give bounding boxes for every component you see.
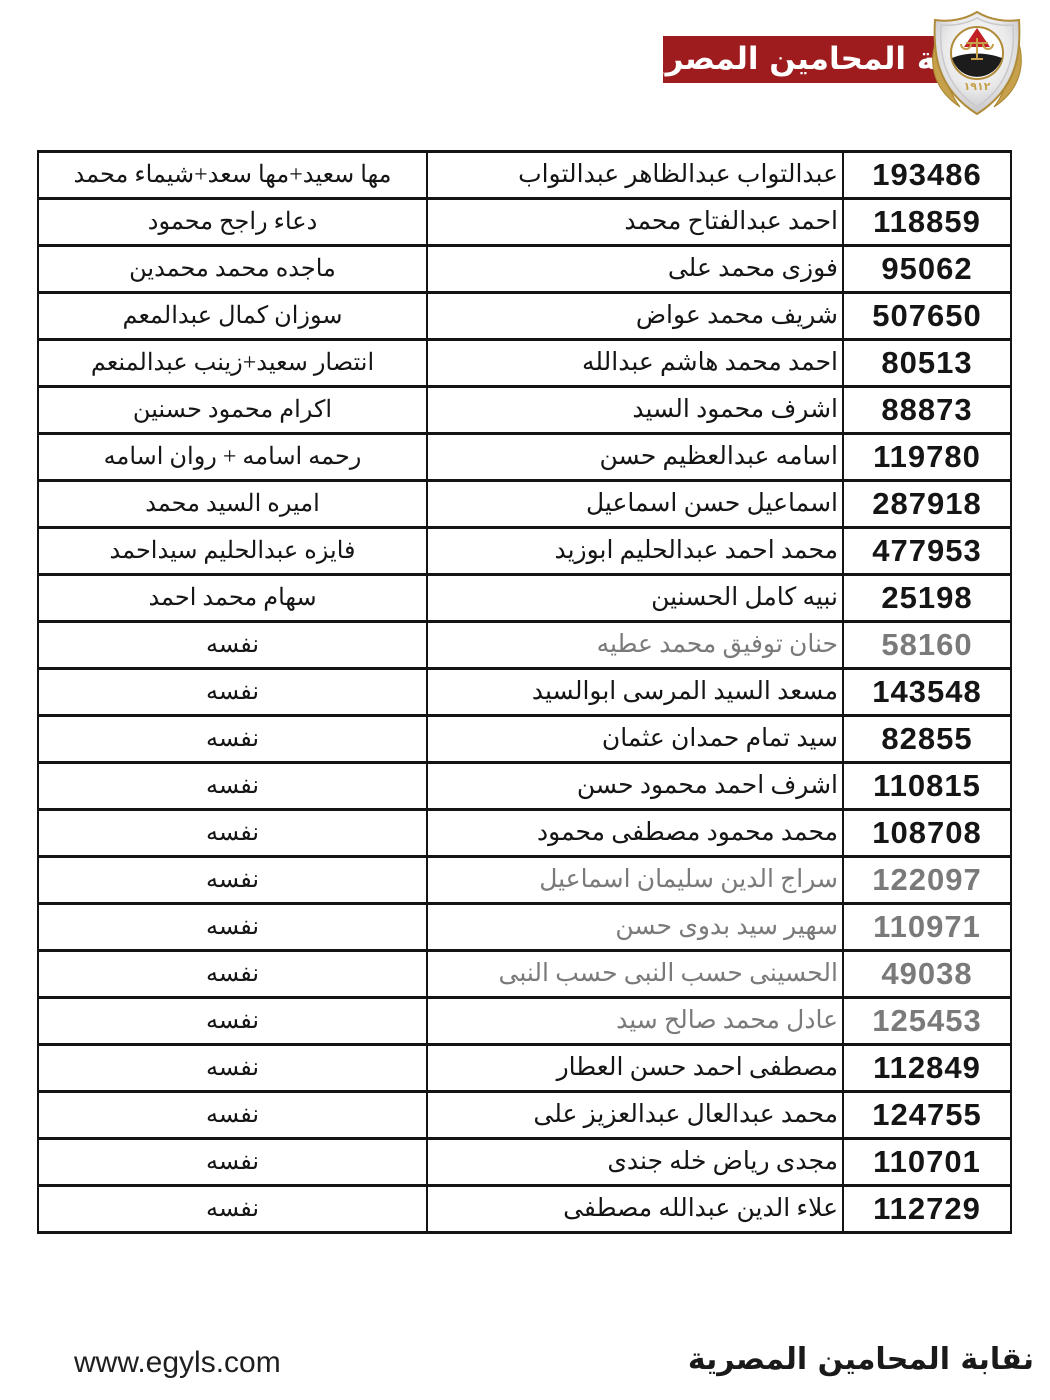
table-row: 110815اشرف احمد محمود حسننفسه <box>39 764 1010 811</box>
member-number-cell: 88873 <box>844 388 1010 432</box>
recipient-cell: نفسه <box>39 952 426 996</box>
member-name-cell: الحسينى حسب النبى حسب النبى <box>426 952 844 996</box>
member-name-cell: حنان توفيق محمد عطيه <box>426 623 844 667</box>
member-name-cell: محمد احمد عبدالحليم ابوزيد <box>426 529 844 573</box>
recipient-cell: فايزه عبدالحليم سيداحمد <box>39 529 426 573</box>
founding-year-label: ١٩١٢ <box>964 80 991 93</box>
table-row: 112849مصطفى احمد حسن العطارنفسه <box>39 1046 1010 1093</box>
recipient-cell: انتصار سعيد+زينب عبدالمنعم <box>39 341 426 385</box>
table-row: 95062فوزى محمد علىماجده محمد محمدين <box>39 247 1010 294</box>
table-row: 143548مسعد السيد المرسى ابوالسيدنفسه <box>39 670 1010 717</box>
table-row: 507650شريف محمد عواضسوزان كمال عبدالمعم <box>39 294 1010 341</box>
header-banner: نقابة المحامين المصرية <box>663 36 965 83</box>
member-number-cell: 112849 <box>844 1046 1010 1090</box>
recipient-cell: سهام محمد احمد <box>39 576 426 620</box>
table-row: 108708محمد محمود مصطفى محمودنفسه <box>39 811 1010 858</box>
table-row: 25198نبيه كامل الحسنينسهام محمد احمد <box>39 576 1010 623</box>
member-name-cell: احمد محمد هاشم عبدالله <box>426 341 844 385</box>
member-name-cell: سهير سيد بدوى حسن <box>426 905 844 949</box>
recipient-cell: نفسه <box>39 1140 426 1184</box>
member-number-cell: 119780 <box>844 435 1010 479</box>
recipient-cell: سوزان كمال عبدالمعم <box>39 294 426 338</box>
table-row: 119780اسامه عبدالعظيم حسنرحمه اسامه + رو… <box>39 435 1010 482</box>
member-number-cell: 507650 <box>844 294 1010 338</box>
table-row: 287918اسماعيل حسن اسماعيلاميره السيد محم… <box>39 482 1010 529</box>
recipient-cell: اميره السيد محمد <box>39 482 426 526</box>
members-table: 193486عبدالتواب عبدالظاهر عبدالتوابمها س… <box>37 150 1012 1234</box>
member-number-cell: 125453 <box>844 999 1010 1043</box>
recipient-cell: نفسه <box>39 999 426 1043</box>
table-row: 124755محمد عبدالعال عبدالعزيز علىنفسه <box>39 1093 1010 1140</box>
member-name-cell: مجدى رياض خله جندى <box>426 1140 844 1184</box>
recipient-cell: نفسه <box>39 670 426 714</box>
member-number-cell: 112729 <box>844 1187 1010 1231</box>
table-row: 110701مجدى رياض خله جندىنفسه <box>39 1140 1010 1187</box>
table-row: 477953محمد احمد عبدالحليم ابوزيدفايزه عب… <box>39 529 1010 576</box>
recipient-cell: دعاء راجح محمود <box>39 200 426 244</box>
member-number-cell: 49038 <box>844 952 1010 996</box>
recipient-cell: نفسه <box>39 905 426 949</box>
recipient-cell: مها سعيد+مها سعد+شيماء محمد <box>39 153 426 197</box>
member-name-cell: شريف محمد عواض <box>426 294 844 338</box>
table-row: 110971سهير سيد بدوى حسننفسه <box>39 905 1010 952</box>
table-row: 58160حنان توفيق محمد عطيهنفسه <box>39 623 1010 670</box>
recipient-cell: نفسه <box>39 858 426 902</box>
member-name-cell: فوزى محمد على <box>426 247 844 291</box>
member-name-cell: عبدالتواب عبدالظاهر عبدالتواب <box>426 153 844 197</box>
recipient-cell: نفسه <box>39 717 426 761</box>
table-row: 118859احمد عبدالفتاح محمددعاء راجح محمود <box>39 200 1010 247</box>
member-name-cell: علاء الدين عبدالله مصطفى <box>426 1187 844 1231</box>
member-number-cell: 110701 <box>844 1140 1010 1184</box>
member-number-cell: 95062 <box>844 247 1010 291</box>
member-name-cell: مصطفى احمد حسن العطار <box>426 1046 844 1090</box>
member-name-cell: اشرف محمود السيد <box>426 388 844 432</box>
recipient-cell: ماجده محمد محمدين <box>39 247 426 291</box>
table-row: 82855سيد تمام حمدان عثماننفسه <box>39 717 1010 764</box>
recipient-cell: نفسه <box>39 623 426 667</box>
member-number-cell: 118859 <box>844 200 1010 244</box>
footer-org-name: نقابة المحامين المصرية <box>688 1342 1034 1377</box>
member-number-cell: 124755 <box>844 1093 1010 1137</box>
recipient-cell: نفسه <box>39 764 426 808</box>
member-number-cell: 193486 <box>844 153 1010 197</box>
member-number-cell: 477953 <box>844 529 1010 573</box>
member-name-cell: محمد عبدالعال عبدالعزيز على <box>426 1093 844 1137</box>
member-name-cell: اسامه عبدالعظيم حسن <box>426 435 844 479</box>
footer-website: www.egyls.com <box>74 1346 281 1380</box>
table-row: 49038الحسينى حسب النبى حسب النبىنفسه <box>39 952 1010 999</box>
table-row: 112729علاء الدين عبدالله مصطفىنفسه <box>39 1187 1010 1234</box>
member-number-cell: 110815 <box>844 764 1010 808</box>
member-name-cell: مسعد السيد المرسى ابوالسيد <box>426 670 844 714</box>
member-name-cell: اسماعيل حسن اسماعيل <box>426 482 844 526</box>
recipient-cell: نفسه <box>39 811 426 855</box>
member-number-cell: 80513 <box>844 341 1010 385</box>
recipient-cell: نفسه <box>39 1093 426 1137</box>
member-name-cell: عادل محمد صالح سيد <box>426 999 844 1043</box>
recipient-cell: اكرام محمود حسنين <box>39 388 426 432</box>
table-row: 122097سراج الدين سليمان اسماعيلنفسه <box>39 858 1010 905</box>
table-row: 193486عبدالتواب عبدالظاهر عبدالتوابمها س… <box>39 153 1010 200</box>
member-number-cell: 25198 <box>844 576 1010 620</box>
member-name-cell: سيد تمام حمدان عثمان <box>426 717 844 761</box>
member-name-cell: احمد عبدالفتاح محمد <box>426 200 844 244</box>
member-number-cell: 82855 <box>844 717 1010 761</box>
recipient-cell: نفسه <box>39 1046 426 1090</box>
member-name-cell: سراج الدين سليمان اسماعيل <box>426 858 844 902</box>
table-row: 80513احمد محمد هاشم عبداللهانتصار سعيد+ز… <box>39 341 1010 388</box>
recipient-cell: رحمه اسامه + روان اسامه <box>39 435 426 479</box>
member-number-cell: 108708 <box>844 811 1010 855</box>
member-number-cell: 122097 <box>844 858 1010 902</box>
page: نقابة المحامين المصرية <box>0 0 1050 1400</box>
table-row: 125453عادل محمد صالح سيدنفسه <box>39 999 1010 1046</box>
member-number-cell: 58160 <box>844 623 1010 667</box>
table-row: 88873اشرف محمود السيداكرام محمود حسنين <box>39 388 1010 435</box>
member-name-cell: اشرف احمد محمود حسن <box>426 764 844 808</box>
shield-emblem-icon: ١٩١٢ <box>926 10 1028 116</box>
recipient-cell: نفسه <box>39 1187 426 1231</box>
member-number-cell: 143548 <box>844 670 1010 714</box>
bar-association-logo: ١٩١٢ <box>926 10 1028 116</box>
member-name-cell: نبيه كامل الحسنين <box>426 576 844 620</box>
member-number-cell: 110971 <box>844 905 1010 949</box>
member-number-cell: 287918 <box>844 482 1010 526</box>
member-name-cell: محمد محمود مصطفى محمود <box>426 811 844 855</box>
